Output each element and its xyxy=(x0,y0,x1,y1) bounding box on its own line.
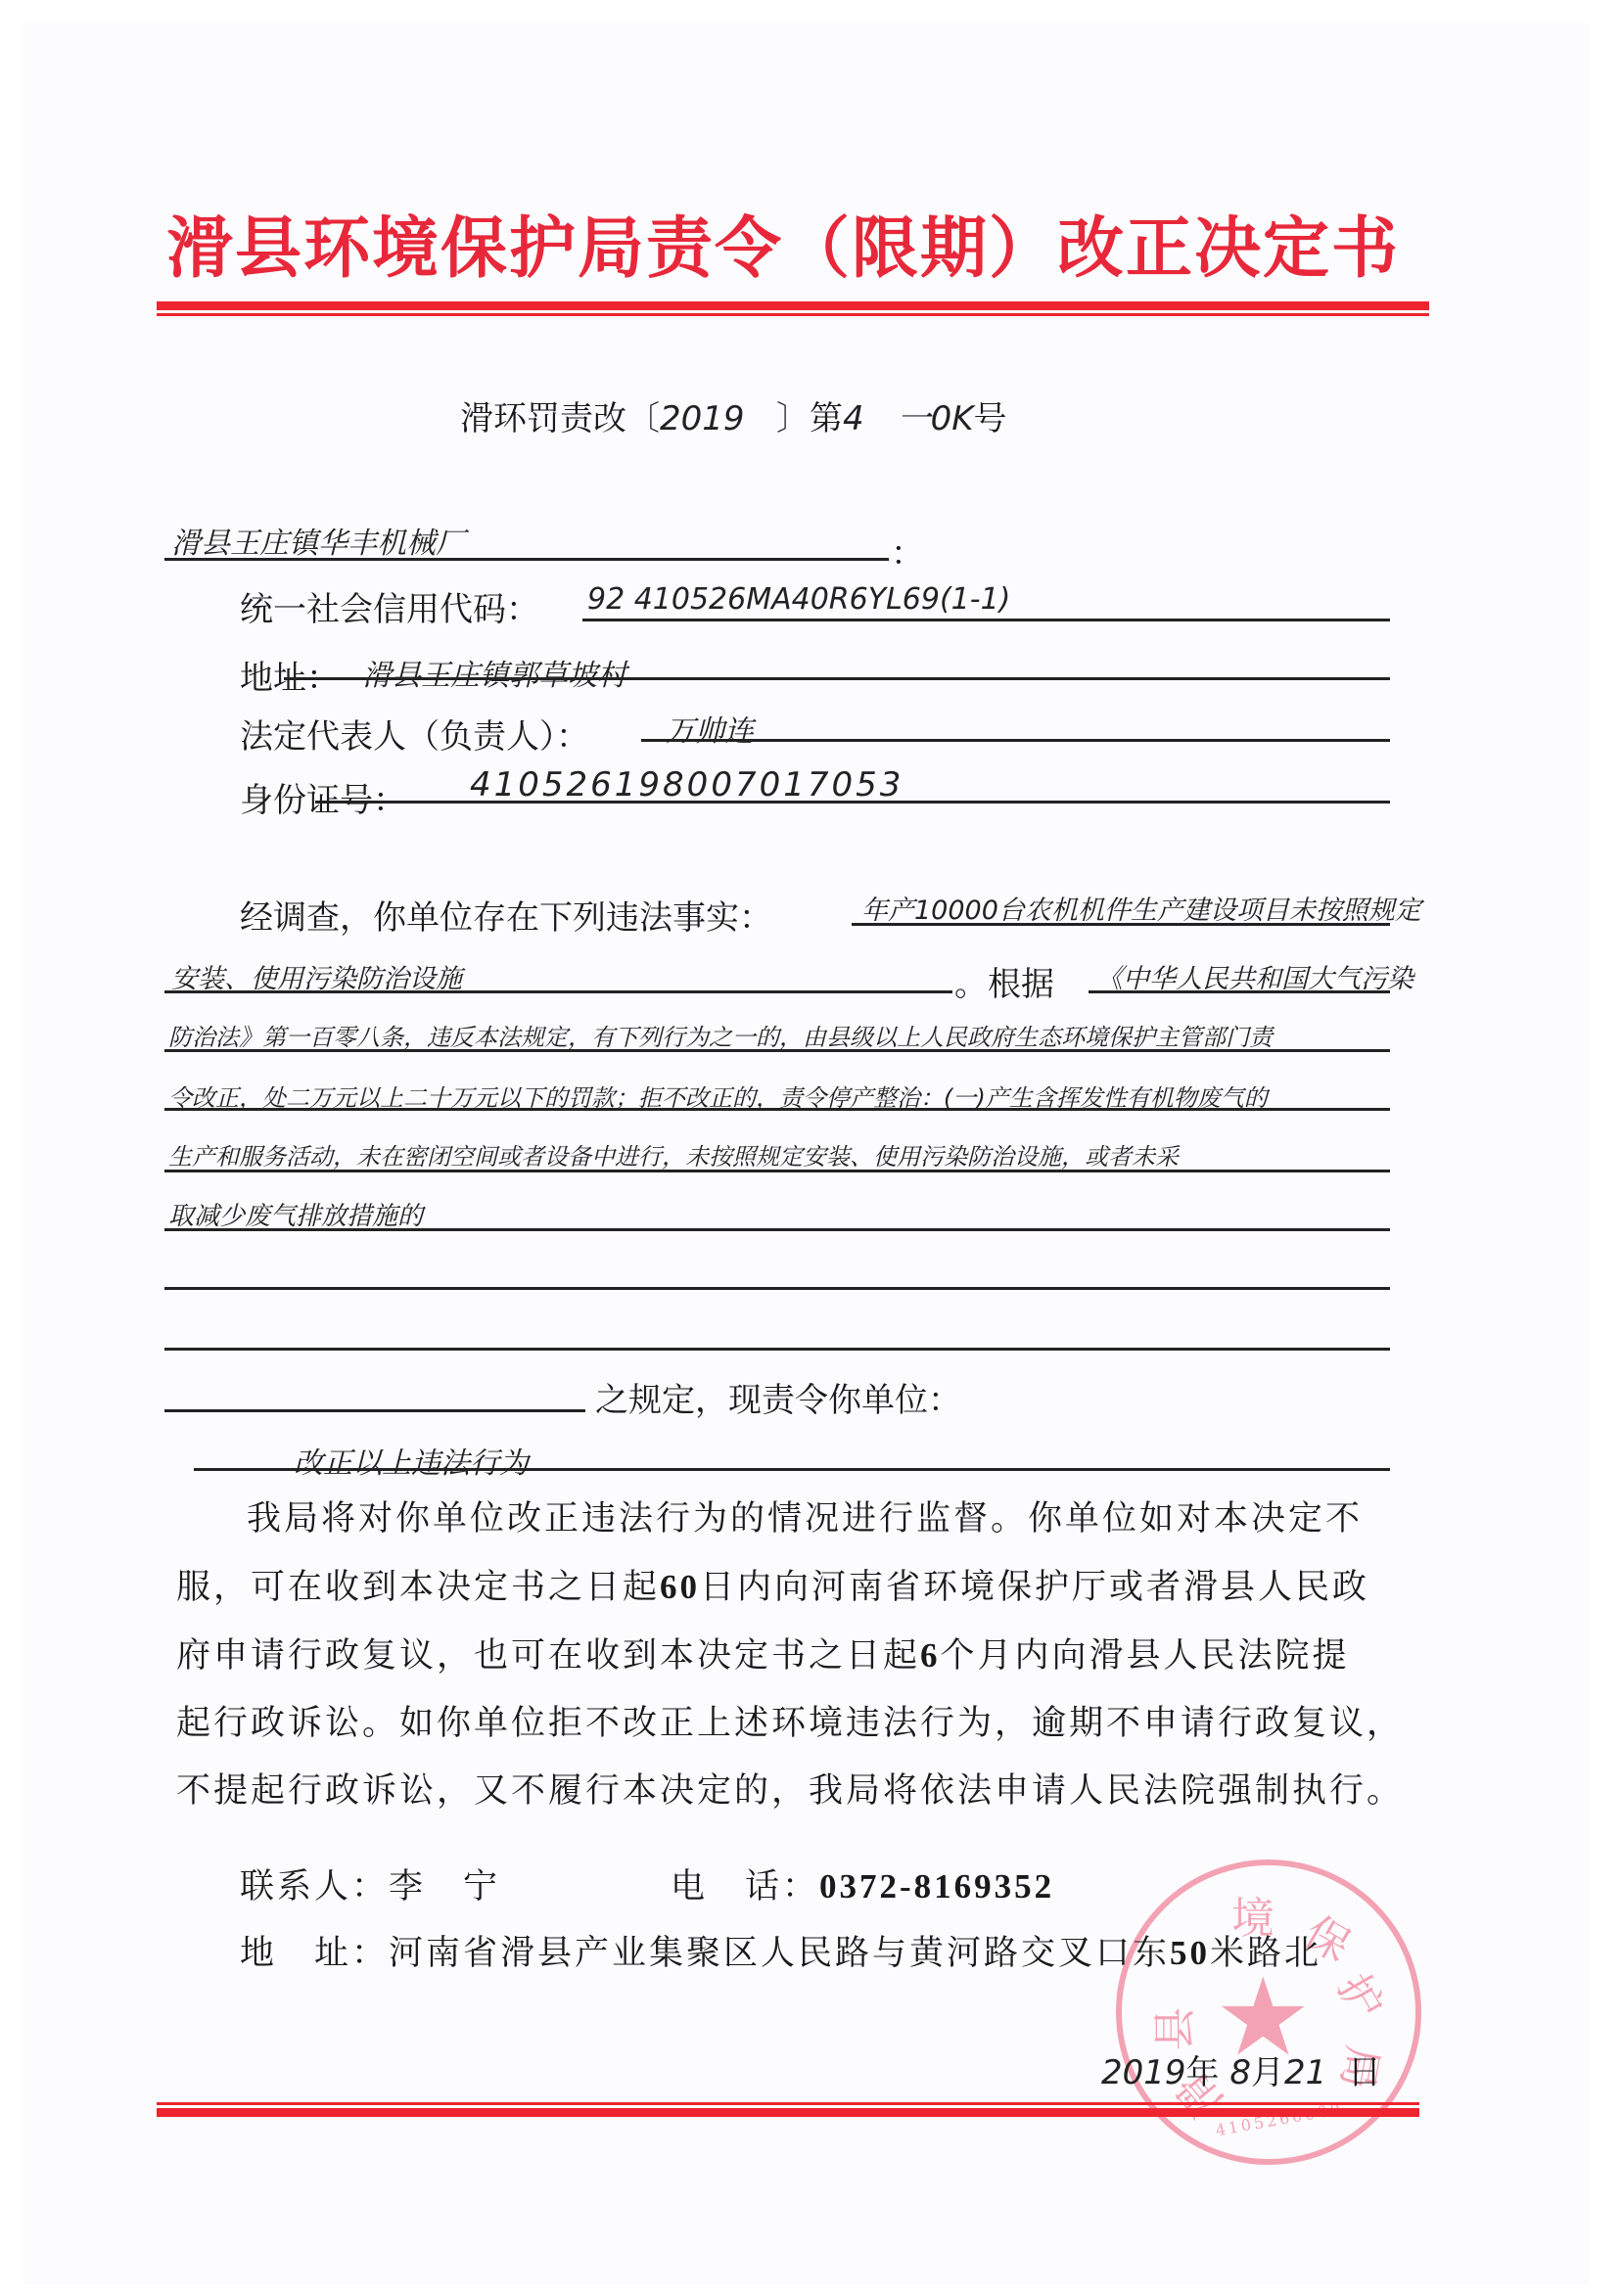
credit-code-underline xyxy=(582,619,1390,621)
provision-suffix: 之规定，现责令你单位： xyxy=(595,1373,961,1421)
contact-person-label: 联系人： xyxy=(240,1867,389,1906)
contact-address: 地 址：河南省滑县产业集聚区人民路与黄河路交叉口东50米路北 xyxy=(240,1926,1321,1975)
notice-line-3: 府申请行政复议，也可在收到本决定书之日起6个月内向滑县人民法院提 xyxy=(176,1622,1424,1690)
document-title: 滑县环境保护局责令（限期）改正决定书 xyxy=(166,196,1439,291)
id-number-label: 身份证号： xyxy=(240,773,406,821)
legal-rep-label: 法定代表人（负责人）： xyxy=(240,710,589,758)
contact-phone-value: 0372-8169352 xyxy=(819,1867,1054,1906)
doc-number-value: 4 一0K xyxy=(843,399,974,438)
doc-number-year: 2019 xyxy=(660,399,745,438)
blank-underline-2 xyxy=(164,1348,1390,1351)
basis-underline-4 xyxy=(164,1170,1390,1172)
investigation-lead: 经调查，你单位存在下列违法事实： xyxy=(240,891,772,939)
id-number-underline xyxy=(315,801,1390,804)
legal-basis-line-4: 生产和服务活动，未在密闭空间或者设备中进行，未按照规定安装、使用污染防治设施，或… xyxy=(168,1137,1179,1171)
order-value: 改正以上违法行为 xyxy=(294,1439,529,1482)
notice-line-1: 我局将对你单位改正违法行为的情况进行监督。你单位如对本决定不 xyxy=(176,1486,1424,1553)
credit-code-label: 统一社会信用代码： xyxy=(240,582,539,630)
doc-number-suffix: 号 xyxy=(974,399,1007,438)
recipient-colon: ： xyxy=(891,527,924,574)
lawsuit-months: 6 xyxy=(920,1636,941,1675)
legal-rep-underline xyxy=(641,739,1390,742)
notice-line-5: 不提起行政诉讼，又不履行本决定的，我局将依法申请人民法院强制执行。 xyxy=(176,1758,1424,1825)
date-day: 21 xyxy=(1284,2053,1326,2092)
recipient-underline xyxy=(164,558,889,561)
violation-facts-line-1: 年产10000台农机机件生产建设项目未按照规定 xyxy=(861,889,1421,927)
doc-number-middle: 〕第 xyxy=(776,399,843,438)
issue-date: 2019年 8月21 日 xyxy=(1101,2045,1381,2093)
address-underline xyxy=(284,677,1390,680)
basis-underline-3 xyxy=(164,1108,1390,1111)
top-red-rule xyxy=(157,301,1429,316)
doc-number-prefix: 滑环罚责改〔 xyxy=(460,399,660,438)
basis-underline-2 xyxy=(164,1049,1390,1052)
facts-underline-1 xyxy=(852,923,1390,926)
id-number-value: 410526198007017053 xyxy=(470,765,904,804)
address-value: 滑县王庄镇郭草坡村 xyxy=(362,651,626,694)
recipient-name: 滑县王庄镇华丰机械厂 xyxy=(171,519,465,562)
facts-underline-2 xyxy=(164,990,952,993)
contact-address-label: 地 址： xyxy=(240,1934,389,1973)
basis-lead: 。根据 xyxy=(954,957,1054,1005)
contact-person: 联系人：李 宁 xyxy=(240,1860,500,1908)
official-seal: 境 保 护 局 县 滑 ★ 4105260000 xyxy=(1116,1860,1421,2165)
address-label: 地址： xyxy=(240,651,340,699)
appeal-days: 60 xyxy=(660,1568,700,1606)
contact-person-value: 李 宁 xyxy=(389,1867,500,1906)
basis-underline-1 xyxy=(1089,990,1390,993)
bottom-red-rule xyxy=(157,2102,1419,2117)
contact-phone: 电 话：0372-8169352 xyxy=(671,1860,1054,1908)
basis-underline-5 xyxy=(164,1228,1390,1231)
contact-phone-label: 电 话： xyxy=(671,1867,819,1906)
legal-basis-line-2: 防治法》第一百零八条，违反本法规定，有下列行为之一的，由县级以上人民政府生态环境… xyxy=(168,1018,1273,1052)
document-number: 滑环罚责改〔2019 〕第4 一0K号 xyxy=(460,391,1007,439)
order-underline xyxy=(194,1468,1390,1471)
credit-code-value: 92 410526MA40R6YL69(1-1) xyxy=(587,582,1010,617)
date-year: 2019 xyxy=(1101,2053,1186,2092)
date-month: 8 xyxy=(1229,2053,1251,2092)
legal-rep-value: 万帅连 xyxy=(666,707,754,750)
notice-line-2: 服，可在收到本决定书之日起60日内向河南省环境保护厅或者滑县人民政 xyxy=(176,1553,1424,1622)
provision-underline xyxy=(164,1409,585,1412)
notice-line-4: 起行政诉讼。如你单位拒不改正上述环境违法行为，逾期不申请行政复议， xyxy=(176,1690,1424,1758)
notice-paragraph: 我局将对你单位改正违法行为的情况进行监督。你单位如对本决定不 服，可在收到本决定… xyxy=(176,1486,1424,1825)
blank-underline-1 xyxy=(164,1287,1390,1290)
legal-basis-line-5: 取减少废气排放措施的 xyxy=(168,1196,423,1232)
